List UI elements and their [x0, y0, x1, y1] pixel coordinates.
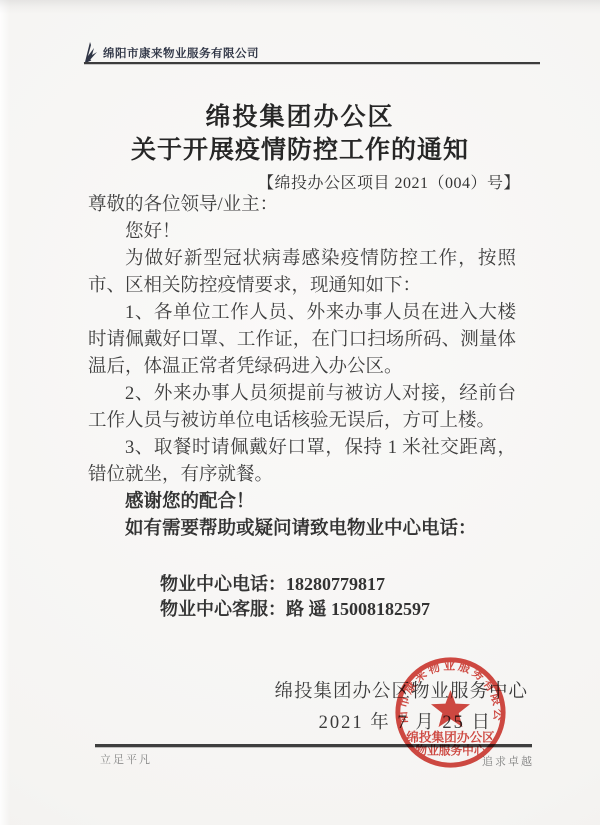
seal-star-icon [431, 690, 470, 727]
notice-title-line1: 绵投集团办公区 [0, 101, 600, 134]
property-center-service: 物业中心客服：路 遥 15008182597 [160, 597, 430, 622]
notice-item-3: 3、取餐时请佩戴好口罩，保持 1 米社交距离，错位就坐，有序就餐。 [88, 435, 516, 489]
salutation: 尊敬的各位领导/业主： [88, 192, 516, 219]
intro-paragraph: 为做好新型冠状病毒感染疫情防控工作，按照市、区相关防控疫情要求，现通知如下： [88, 246, 516, 300]
document-reference-number: 【绵投办公区项目 2021（004）号】 [258, 170, 520, 193]
notice-title: 绵投集团办公区 关于开展疫情防控工作的通知 [0, 101, 600, 167]
thanks-line: 感谢您的配合！ [88, 489, 516, 516]
seal-text-line2: 物业服务中心 [415, 743, 486, 757]
contact-block: 物业中心电话：18280779817 物业中心客服：路 遥 1500818259… [160, 572, 430, 621]
footer-motto-left: 立足平凡 [100, 751, 152, 767]
notice-item-2: 2、外来办事人员须提前与被访人对接，经前台工作人员与被访单位电话核验无误后，方可… [88, 381, 516, 435]
letterhead-company-name: 绵阳市康来物业服务有限公司 [103, 45, 259, 61]
scanned-notice-page: 绵阳市康来物业服务有限公司 绵投集团办公区 关于开展疫情防控工作的通知 【绵投办… [0, 0, 600, 825]
official-seal: 绵阳市康来物业服务有限公司 绵投集团办公区 物业服务中心 [392, 654, 509, 771]
help-line: 如有需要帮助或疑问请致电物业中心电话： [88, 516, 516, 543]
greeting: 您好！ [88, 219, 516, 246]
notice-title-line2: 关于开展疫情防控工作的通知 [0, 134, 600, 167]
property-center-phone: 物业中心电话：18280779817 [160, 572, 430, 597]
letterhead-divider [84, 62, 540, 64]
notice-item-1: 1、各单位工作人员、外来办事人员在进入大楼时请佩戴好口罩、工作证，在门口扫场所码… [88, 300, 516, 381]
seal-text-line1: 绵投集团办公区 [406, 730, 495, 745]
notice-body: 尊敬的各位领导/业主： 您好！ 为做好新型冠状病毒感染疫情防控工作，按照市、区相… [88, 192, 516, 543]
